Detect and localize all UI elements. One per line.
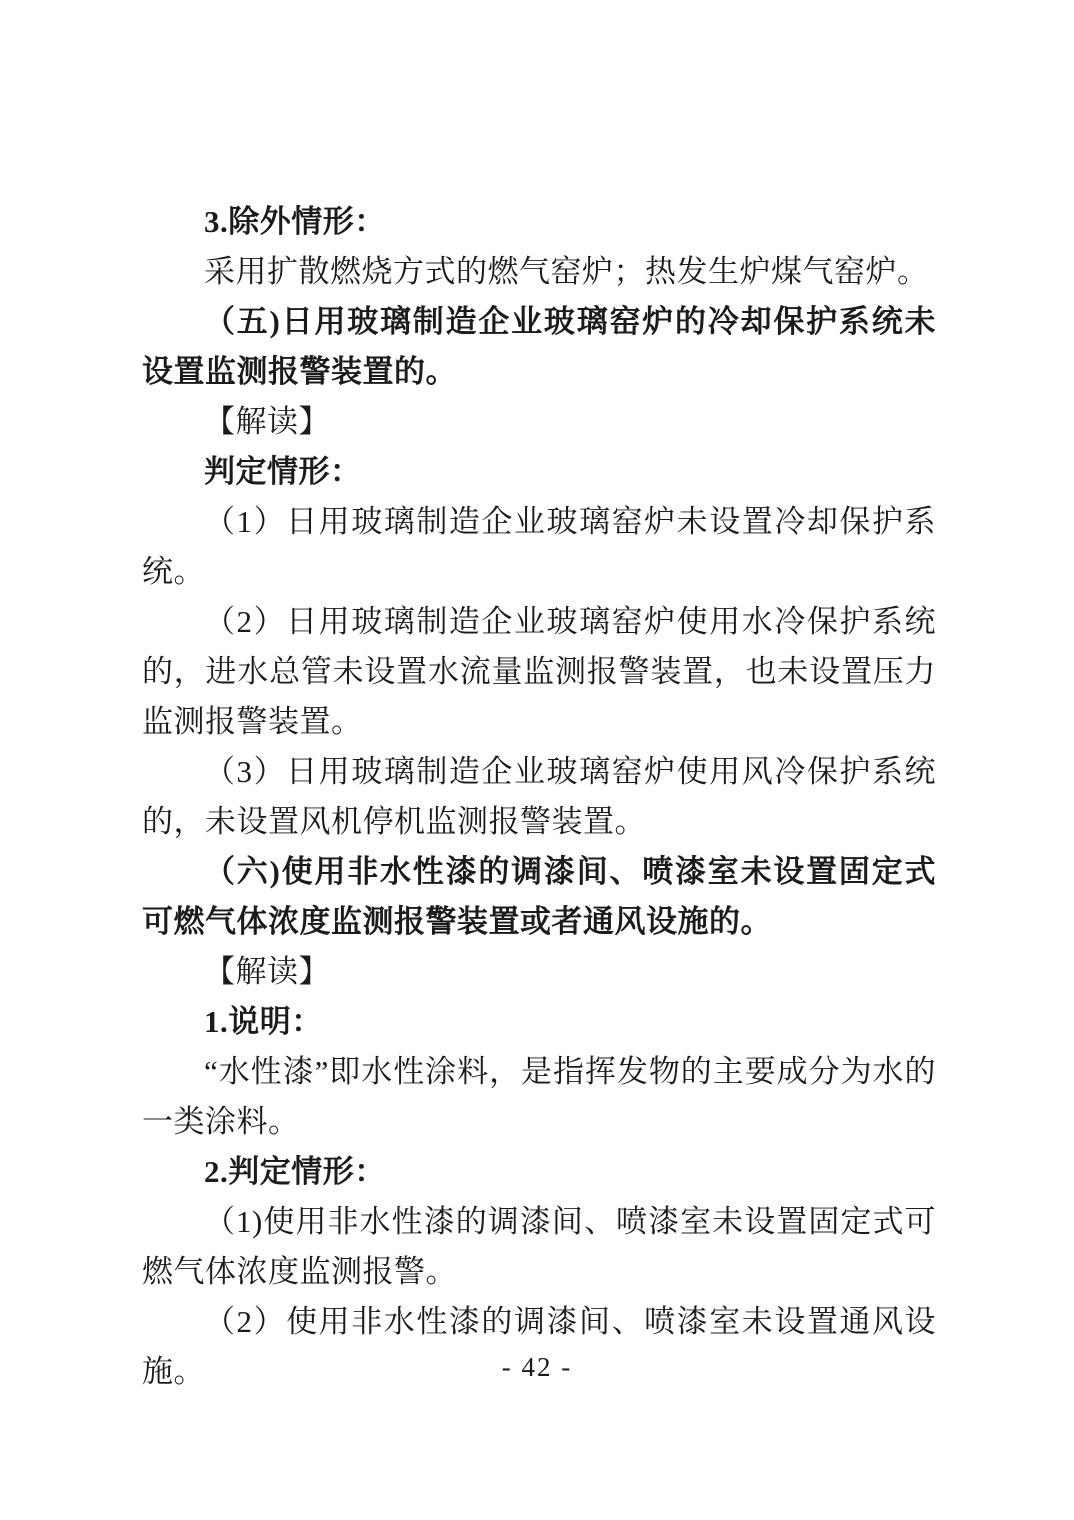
para-judgment-heading-1: 判定情形： — [142, 447, 936, 497]
para-exceptions-body: 采用扩散燃烧方式的燃气窑炉；热发生炉煤气窑炉。 — [142, 247, 936, 297]
document-page: 3.除外情形： 采用扩散燃烧方式的燃气窑炉；热发生炉煤气窑炉。 （五)日用玻璃制… — [0, 0, 1074, 1520]
para-explanation-heading: 1.说明： — [142, 997, 936, 1047]
para-judgment-1-item-1: （1）日用玻璃制造企业玻璃窑炉未设置冷却保护系统。 — [142, 497, 936, 597]
para-interpretation-label-1: 【解读】 — [142, 397, 936, 447]
para-explanation-body: “水性漆”即水性涂料，是指挥发物的主要成分为水的一类涂料。 — [142, 1047, 936, 1147]
para-judgment-2-item-1: （1)使用非水性漆的调漆间、喷漆室未设置固定式可燃气体浓度监测报警。 — [142, 1197, 936, 1297]
para-interpretation-label-2: 【解读】 — [142, 947, 936, 997]
para-exceptions-heading: 3.除外情形： — [142, 197, 936, 247]
document-body: 3.除外情形： 采用扩散燃烧方式的燃气窑炉；热发生炉煤气窑炉。 （五)日用玻璃制… — [142, 197, 936, 1397]
para-judgment-1-item-3: （3）日用玻璃制造企业玻璃窑炉使用风冷保护系统的，未设置风机停机监测报警装置。 — [142, 747, 936, 847]
page-number: - 42 - — [0, 1347, 1074, 1387]
para-item-5-heading: （五)日用玻璃制造企业玻璃窑炉的冷却保护系统未设置监测报警装置的。 — [142, 297, 936, 397]
para-judgment-1-item-2: （2）日用玻璃制造企业玻璃窑炉使用水冷保护系统的，进水总管未设置水流量监测报警装… — [142, 597, 936, 747]
para-item-6-heading: （六)使用非水性漆的调漆间、喷漆室未设置固定式可燃气体浓度监测报警装置或者通风设… — [142, 847, 936, 947]
para-judgment-heading-2: 2.判定情形： — [142, 1147, 936, 1197]
